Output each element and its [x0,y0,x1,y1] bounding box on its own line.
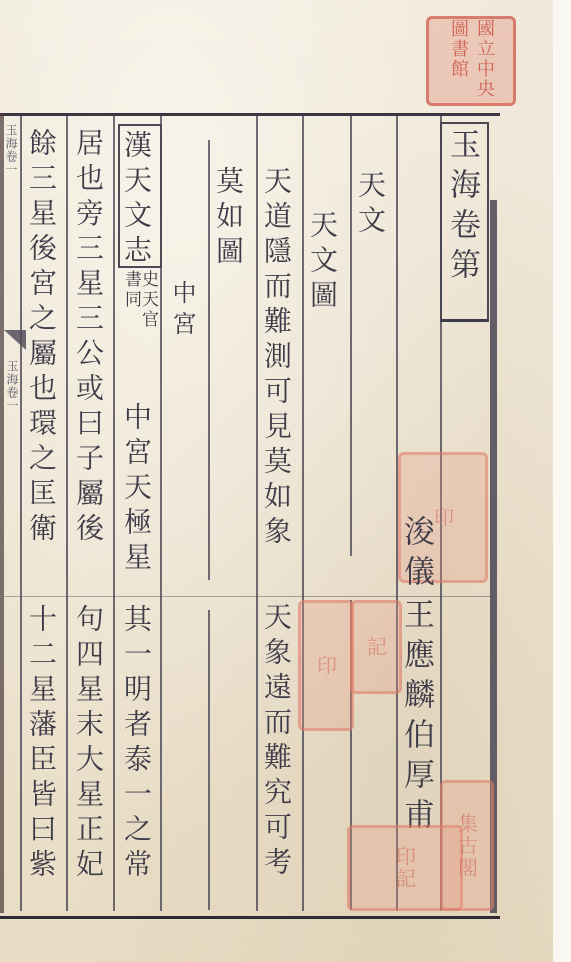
margin-label-top: 玉海卷一 [3,124,20,176]
body-column-1-bottom: 天象遠而難究可考 [262,602,290,882]
column-rule [208,140,210,580]
body-column-3-bottom: 句四星末大星正妃 [74,604,102,884]
body-column-4-top: 餘三星後宮之屬也環之匡衛 [27,128,55,548]
body-column-4-bottom: 十二星藩臣皆曰紫 [27,604,55,884]
book-title: 玉海卷第 [446,128,477,288]
body-column-1-top: 天道隱而難測可見莫如象 [262,166,290,551]
collector-seal-top: 國立中央圖書館 [426,16,516,106]
author-name: 王應麟伯厚甫 [400,598,431,838]
han-note: 史天官書同 [120,270,156,330]
seal-mid-left-1: 印 [298,600,354,731]
han-continued-text: 其一明者泰一之常 [122,604,150,884]
section-heading: 天文 [356,170,384,240]
author-prefix: 浚儀 [400,515,431,595]
body-column-3-top: 居也旁三星三公或曰子屬後 [74,128,102,548]
column-rule [66,116,68,911]
margin-label-bottom: 玉海卷一 [4,360,21,412]
column-rule [302,116,304,911]
column-rule [256,116,258,911]
subsection-heading: 天文圖 [308,210,336,315]
subsection-heading-2: 莫如圖 [214,166,242,271]
seal-mid-left-2: 記 [350,600,402,694]
zhonggong-heading: 中宮 [170,280,194,342]
column-rule [20,116,22,911]
column-rule [113,116,115,911]
page-edge [553,0,571,962]
han-main-text: 中宮天極星 [122,402,150,577]
han-treatise-title: 漢天文志 [122,130,150,270]
left-page-edge [0,113,4,913]
block-seam-line [4,596,494,597]
column-rule [208,610,210,910]
seal-bottom-right: 集古閣 [440,780,494,911]
column-rule [350,116,352,556]
